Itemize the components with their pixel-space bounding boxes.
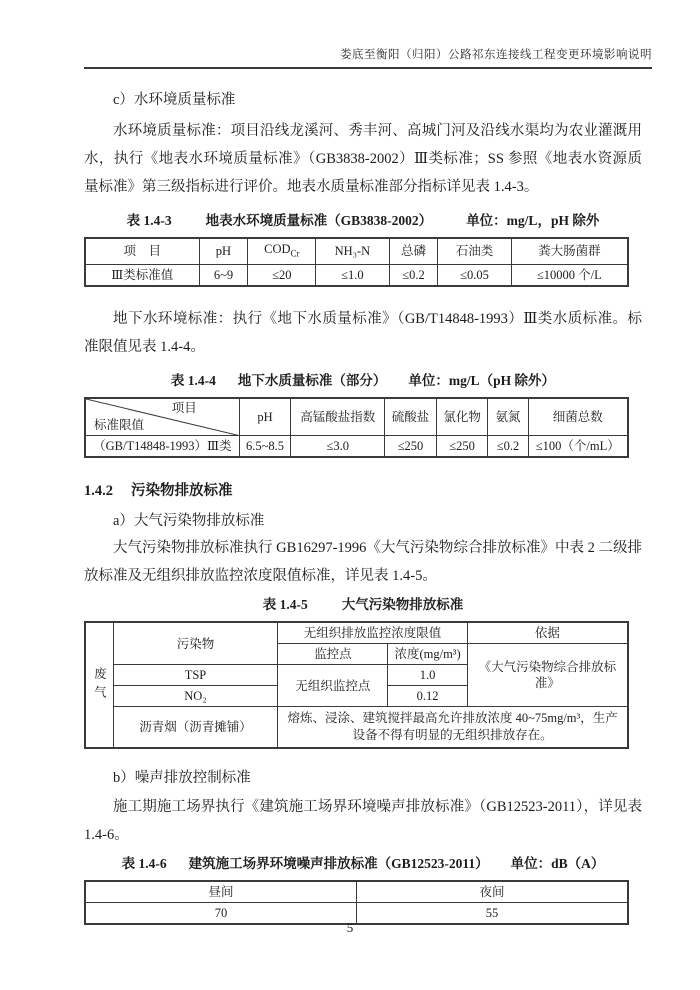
table3-caption: 表 1.4-3 地表水环境质量标准（GB3838-2002） 单位：mg/L，p… [84, 210, 642, 232]
table-cell: 6~9 [199, 264, 248, 286]
table-header-cell: 高锰酸盐指数 [291, 398, 385, 436]
table-header-cell: CODCr [248, 238, 316, 264]
table-cell: ≤20 [248, 264, 316, 286]
table6-caption-unit: 单位：dB（A） [511, 853, 605, 875]
table-cell: ≤0.05 [438, 264, 511, 286]
table3-caption-title: 地表水环境质量标准（GB3838-2002） [206, 210, 433, 232]
table4-caption-title: 地下水质量标准（部分） [238, 370, 387, 392]
table-row: 项 目 pH CODCr NH₃-N 总磷 石油类 粪大肠菌群 [85, 238, 628, 264]
paragraph-air-emission: 大气污染物排放标准执行 GB16297-1996《大气污染物综合排放标准》中表 … [84, 534, 642, 590]
table-cell: ≤10000 个/L [511, 264, 628, 286]
table-cell: ≤0.2 [389, 264, 438, 286]
table-cell: 沥青烟（沥青摊铺） [113, 707, 278, 749]
table-cell: （GB/T14848-1993）Ⅲ类 [85, 436, 239, 458]
table-cell: Ⅲ类标准值 [85, 264, 199, 286]
page-content: c）水环境质量标准 水环境质量标准：项目沿线龙溪河、秀丰河、高城门河及沿线水渠均… [0, 89, 700, 925]
heading-b-noise: b）噪声排放控制标准 [84, 767, 642, 789]
table-row: 废气 污染物 无组织排放监控浓度限值 依据 [85, 622, 628, 644]
diagonal-top-label: 项目 [172, 400, 197, 416]
page-number: 5 [0, 920, 700, 936]
page-header: 娄底至衡阳（归阳）公路祁东连接线工程变更环境影响说明 [84, 46, 652, 69]
diagonal-header-cell: 项目 标准限值 [85, 398, 239, 436]
table-header-cell: pH [239, 398, 291, 436]
table-cell: 1.0 [388, 665, 467, 686]
waste-gas-cell: 废气 [85, 622, 113, 748]
table-header-cell: 无组织排放监控浓度限值 [278, 622, 467, 644]
table-groundwater-standard: 项目 标准限值 pH 高锰酸盐指数 硫酸盐 氯化物 氨氮 细菌总数 （GB/T1… [84, 397, 629, 459]
table-header-cell: 总磷 [389, 238, 438, 264]
table6-caption: 表 1.4-6 建筑施工场界环境噪声排放标准（GB12523-2011） 单位：… [84, 853, 642, 875]
table-cell: 6.5~8.5 [239, 436, 291, 458]
table5-caption-title: 大气污染物排放标准 [342, 594, 464, 616]
table-cell: ≤100（个/mL） [528, 436, 628, 458]
diagonal-bottom-label: 标准限值 [94, 417, 144, 433]
table-cell: TSP [113, 665, 278, 686]
cod-label: COD [264, 242, 290, 256]
table-cell: ≤250 [436, 436, 488, 458]
table-header-cell: 项 目 [85, 238, 199, 264]
heading-a-air: a）大气污染物排放标准 [84, 510, 642, 532]
table4-caption-unit: 单位：mg/L（pH 除外） [408, 370, 555, 392]
table-header-cell: pH [199, 238, 248, 264]
section-title: 污染物排放标准 [131, 483, 233, 499]
paragraph-surface-water: 水环境质量标准：项目沿线龙溪河、秀丰河、高城门河及沿线水渠均为农业灌溉用水，执行… [84, 117, 642, 201]
table5-caption: 表 1.4-5 大气污染物排放标准 [84, 594, 642, 616]
paragraph-noise: 施工期施工场界执行《建筑施工场界环境噪声排放标准》（GB12523-2011），… [84, 793, 642, 849]
table-header-cell: 氯化物 [436, 398, 488, 436]
table-cell: 0.12 [388, 686, 467, 707]
table-air-pollutant-standard: 废气 污染物 无组织排放监控浓度限值 依据 监控点 浓度(mg/m³) 《大气污… [84, 621, 629, 749]
table-header-cell: 监控点 [278, 644, 388, 665]
table6-caption-label: 表 1.4-6 [122, 853, 167, 875]
table3-caption-unit: 单位：mg/L，pH 除外 [466, 210, 599, 232]
table-cell: ≤0.2 [488, 436, 528, 458]
document-page: 娄底至衡阳（归阳）公路祁东连接线工程变更环境影响说明 c）水环境质量标准 水环境… [0, 0, 700, 990]
table-row: 项目 标准限值 pH 高锰酸盐指数 硫酸盐 氯化物 氨氮 细菌总数 [85, 398, 628, 436]
table-header-cell: 依据 [467, 622, 628, 644]
table-header-cell: 石油类 [438, 238, 511, 264]
table-cell: 无组织监控点 [278, 665, 388, 707]
table-header-cell: 氨氮 [488, 398, 528, 436]
table6-caption-title: 建筑施工场界环境噪声排放标准（GB12523-2011） [189, 853, 489, 875]
table-row: （GB/T14848-1993）Ⅲ类 6.5~8.5 ≤3.0 ≤250 ≤25… [85, 436, 628, 458]
table-header-cell: NH₃-N [316, 238, 389, 264]
basis-value-cell: 《大气污染物综合排放标准》 [467, 644, 628, 707]
table-header-cell: 夜间 [357, 881, 629, 903]
paragraph-groundwater: 地下水环境标准：执行《地下水质量标准》（GB/T14848-1993）Ⅲ类水质标… [84, 305, 642, 361]
table-header-cell: 浓度(mg/m³) [388, 644, 467, 665]
table-row: Ⅲ类标准值 6~9 ≤20 ≤1.0 ≤0.2 ≤0.05 ≤10000 个/L [85, 264, 628, 286]
table-header-cell: 细菌总数 [528, 398, 628, 436]
table-noise-standard: 昼间 夜间 70 55 [84, 880, 629, 925]
table5-caption-label: 表 1.4-5 [263, 594, 308, 616]
page-header-title: 娄底至衡阳（归阳）公路祁东连接线工程变更环境影响说明 [340, 49, 652, 61]
table3-caption-label: 表 1.4-3 [127, 210, 172, 232]
heading-c-water-quality: c）水环境质量标准 [84, 89, 642, 111]
table4-caption-label: 表 1.4-4 [171, 370, 216, 392]
table-cell: NO₂ [113, 686, 278, 707]
heading-1-4-2: 1.4.2污染物排放标准 [84, 480, 642, 502]
table-cell: ≤250 [385, 436, 437, 458]
table-header-cell: 硫酸盐 [385, 398, 437, 436]
table-cell: ≤3.0 [291, 436, 385, 458]
table4-caption: 表 1.4-4 地下水质量标准（部分） 单位：mg/L（pH 除外） [84, 370, 642, 392]
table-cell: ≤1.0 [316, 264, 389, 286]
table-header-cell: 污染物 [113, 622, 278, 665]
cod-subscript: Cr [291, 249, 300, 259]
table-header-cell: 粪大肠菌群 [511, 238, 628, 264]
table-surface-water-standard: 项 目 pH CODCr NH₃-N 总磷 石油类 粪大肠菌群 Ⅲ类标准值 6~… [84, 237, 629, 287]
table-header-cell: 昼间 [85, 881, 357, 903]
asphalt-note-cell: 熔炼、浸涂、建筑搅拌最高允许排放浓度 40~75mg/m³，生产设备不得有明显的… [278, 707, 628, 749]
table-row: 沥青烟（沥青摊铺） 熔炼、浸涂、建筑搅拌最高允许排放浓度 40~75mg/m³，… [85, 707, 628, 749]
section-number: 1.4.2 [84, 483, 113, 499]
table-row: 昼间 夜间 [85, 881, 628, 903]
